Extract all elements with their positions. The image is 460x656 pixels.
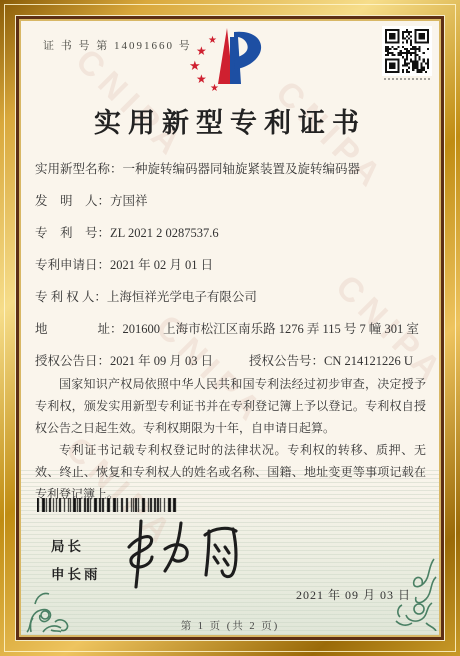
signer-block: 局长 申长雨 xyxy=(51,533,101,589)
field-label: 发 明 人： xyxy=(35,194,110,208)
field-value: CN 214121226 U xyxy=(324,354,413,368)
field-address: 地 址：201600 上海市松江区南乐路 1276 弄 115 号 7 幢 30… xyxy=(35,319,429,337)
field-value: 方国祥 xyxy=(110,194,148,208)
field-label: 地 址： xyxy=(35,322,123,336)
field-utility-model-name: 实用新型名称：一种旋转编码器同轴旋紧装置及旋转编码器 xyxy=(35,159,429,177)
field-filing-date: 专利申请日：2021 年 02 月 01 日 xyxy=(35,255,429,273)
field-label: 专 利 号： xyxy=(35,226,110,240)
certificate-title: 实用新型专利证书 xyxy=(21,101,439,140)
field-patentee: 专 利 权 人：上海恒祥光学电子有限公司 xyxy=(35,287,429,305)
svg-text:★: ★ xyxy=(189,58,201,73)
issue-date: 2021 年 09 月 03 日 xyxy=(296,586,411,603)
field-grant-number: 授权公告号：CN 214121226 U xyxy=(249,351,429,369)
legal-paragraph-1: 国家知识产权局依照中华人民共和国专利法经过初步审查，决定授予专利权，颁发实用新型… xyxy=(35,373,426,439)
qr-code xyxy=(382,26,432,76)
field-value: 2021 年 02 月 01 日 xyxy=(110,258,213,272)
field-label: 授权公告日： xyxy=(35,354,110,368)
legal-paragraph-2: 专利证书记载专利权登记时的法律状况。专利权的转移、质押、无效、终止、恢复和专利权… xyxy=(35,439,426,505)
field-label: 授权公告号： xyxy=(249,354,324,368)
certificate-paper: CNIPA CNIPA CNIPA CNIPA CNIPA 证 书 号 第 14… xyxy=(21,21,439,635)
field-label: 专利申请日： xyxy=(35,258,110,272)
signer-name: 申长雨 xyxy=(51,561,101,589)
field-label: 实用新型名称： xyxy=(35,162,123,176)
svg-text:★: ★ xyxy=(208,35,217,46)
cnipa-logo-icon: ★ ★ ★ ★ ★ xyxy=(186,27,274,93)
patent-certificate: CNIPA CNIPA CNIPA CNIPA CNIPA 证 书 号 第 14… xyxy=(0,0,460,656)
field-value: 一种旋转编码器同轴旋紧装置及旋转编码器 xyxy=(123,162,361,176)
field-value: ZL 2021 2 0287537.6 xyxy=(110,226,219,240)
svg-text:★: ★ xyxy=(210,83,219,93)
svg-text:★: ★ xyxy=(196,44,207,58)
svg-text:★: ★ xyxy=(196,72,207,86)
microtext-dots xyxy=(384,78,430,80)
field-patent-number: 专 利 号：ZL 2021 2 0287537.6 xyxy=(35,223,429,241)
certificate-number: 证 书 号 第 14091660 号 xyxy=(43,37,192,53)
legal-text: 国家知识产权局依照中华人民共和国专利法经过初步审查，决定授予专利权，颁发实用新型… xyxy=(35,373,426,505)
field-value: 上海恒祥光学电子有限公司 xyxy=(107,290,257,304)
page-footer: 第 1 页 (共 2 页) xyxy=(21,618,439,633)
signer-title: 局长 xyxy=(51,533,101,561)
field-inventor: 发 明 人：方国祥 xyxy=(35,191,429,209)
field-value: 2021 年 09 月 03 日 xyxy=(110,354,213,368)
signature-script xyxy=(105,509,255,594)
field-label: 专 利 权 人： xyxy=(35,290,107,304)
field-value: 201600 上海市松江区南乐路 1276 弄 115 号 7 幢 301 室 xyxy=(123,322,419,336)
